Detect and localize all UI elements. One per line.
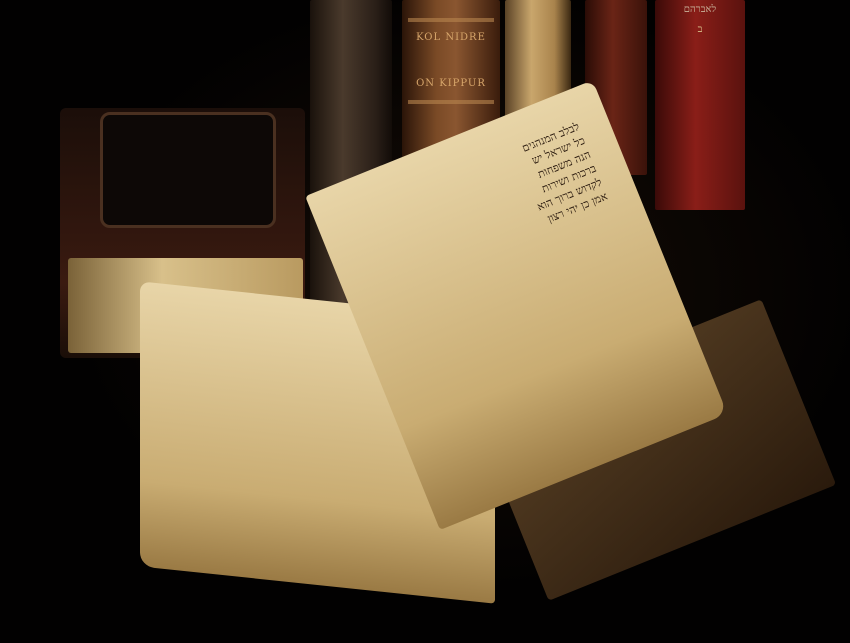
book-spine-hebrew: לאברהם ב [655,0,745,210]
photo-frame: KOL NIDRE ON KIPPUR לאברהם ב וכרובים על־… [0,0,850,643]
spine-subtitle: ON KIPPUR [402,78,500,89]
spine-band [408,18,494,22]
spine-band [408,100,494,104]
cover-frame [100,112,276,228]
hebrew-text-right: לבלב המנהגים כל ישראל יש הנה משפחות ברכו… [344,119,677,463]
spine-volume-letter: ב [655,24,745,35]
spine-title: KOL NIDRE [402,32,500,43]
spine-title: לאברהם [655,4,745,15]
